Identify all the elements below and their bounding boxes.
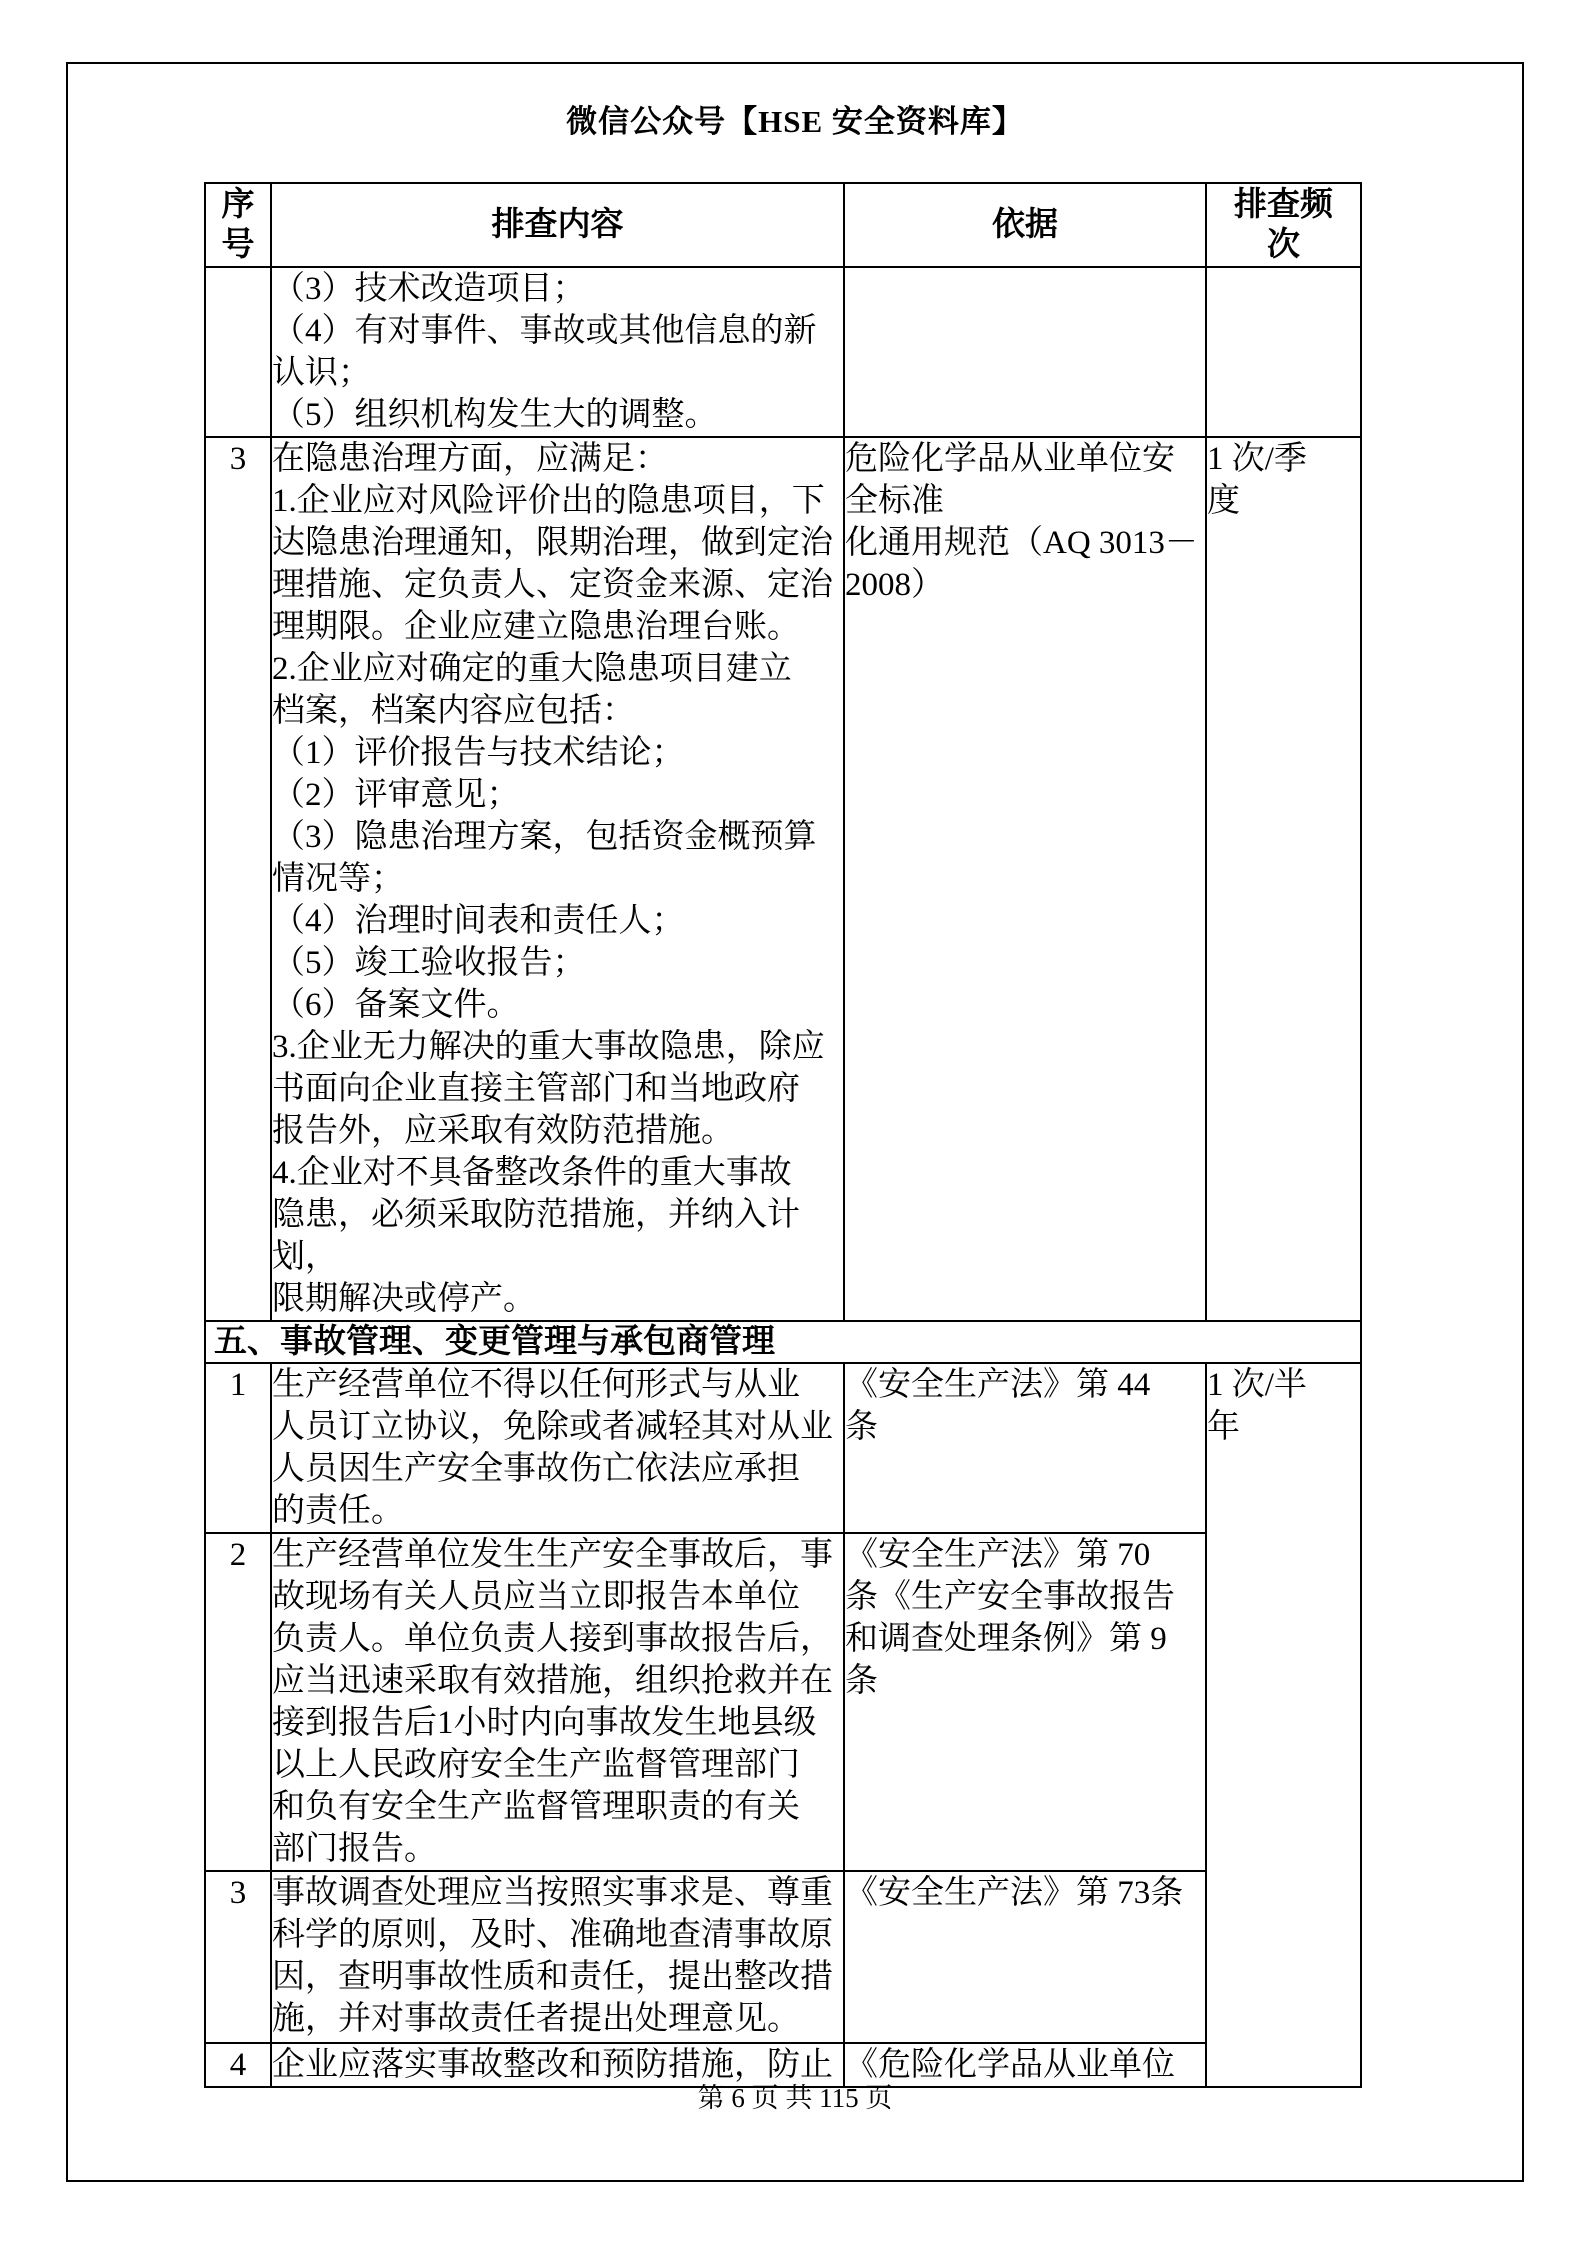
basis-cell: 《安全生产法》第 73条 bbox=[844, 1871, 1206, 2043]
frequency-cell: 1 次/半 年 bbox=[1206, 1363, 1361, 2087]
table-header-row: 序 号 排查内容 依据 排查频 次 bbox=[205, 183, 1361, 267]
inspection-table: 序 号 排查内容 依据 排查频 次 （3）技术改造项目； （4）有对事件、事故或… bbox=[204, 182, 1362, 2088]
col-header-content: 排查内容 bbox=[271, 183, 844, 267]
basis-cell bbox=[844, 267, 1206, 437]
frequency-cell bbox=[1206, 267, 1361, 437]
section-header-row: 五、事故管理、变更管理与承包商管理 bbox=[205, 1321, 1361, 1363]
basis-cell: 《安全生产法》第 44 条 bbox=[844, 1363, 1206, 1533]
content-cell: 生产经营单位不得以任何形式与从业 人员订立协议，免除或者减轻其对从业 人员因生产… bbox=[271, 1363, 844, 1533]
page-footer: 第 6 页 共 115 页 bbox=[66, 2076, 1524, 2115]
table-row: 3 事故调查处理应当按照实事求是、尊重 科学的原则，及时、准确地查清事故原 因，… bbox=[205, 1871, 1361, 2043]
serial-cell: 3 bbox=[205, 1871, 271, 2043]
content-cell: 事故调查处理应当按照实事求是、尊重 科学的原则，及时、准确地查清事故原 因，查明… bbox=[271, 1871, 844, 2043]
col-header-frequency: 排查频 次 bbox=[1206, 183, 1361, 267]
col-header-basis: 依据 bbox=[844, 183, 1206, 267]
serial-cell: 1 bbox=[205, 1363, 271, 1533]
basis-cell: 危险化学品从业单位安 全标准 化通用规范（AQ 3013－ 2008） bbox=[844, 437, 1206, 1321]
document-page: { "page": { "watermark": "微信公众号【HSE 安全资料… bbox=[0, 0, 1587, 2245]
serial-cell bbox=[205, 267, 271, 437]
table-row: 2 生产经营单位发生生产安全事故后，事 故现场有关人员应当立即报告本单位 负责人… bbox=[205, 1533, 1361, 1871]
content-cell: 在隐患治理方面，应满足： 1.企业应对风险评价出的隐患项目，下 达隐患治理通知，… bbox=[271, 437, 844, 1321]
table-row: 1 生产经营单位不得以任何形式与从业 人员订立协议，免除或者减轻其对从业 人员因… bbox=[205, 1363, 1361, 1533]
content-cell: 生产经营单位发生生产安全事故后，事 故现场有关人员应当立即报告本单位 负责人。单… bbox=[271, 1533, 844, 1871]
basis-cell: 《安全生产法》第 70 条《生产安全事故报告 和调查处理条例》第 9 条 bbox=[844, 1533, 1206, 1871]
frequency-cell: 1 次/季 度 bbox=[1206, 437, 1361, 1321]
table-row: （3）技术改造项目； （4）有对事件、事故或其他信息的新 认识； （5）组织机构… bbox=[205, 267, 1361, 437]
section-title: 五、事故管理、变更管理与承包商管理 bbox=[205, 1321, 1361, 1363]
table-row: 3 在隐患治理方面，应满足： 1.企业应对风险评价出的隐患项目，下 达隐患治理通… bbox=[205, 437, 1361, 1321]
wechat-watermark: 微信公众号【HSE 安全资料库】 bbox=[66, 100, 1524, 144]
content-cell: （3）技术改造项目； （4）有对事件、事故或其他信息的新 认识； （5）组织机构… bbox=[271, 267, 844, 437]
col-header-serial: 序 号 bbox=[205, 183, 271, 267]
serial-cell: 2 bbox=[205, 1533, 271, 1871]
serial-cell: 3 bbox=[205, 437, 271, 1321]
